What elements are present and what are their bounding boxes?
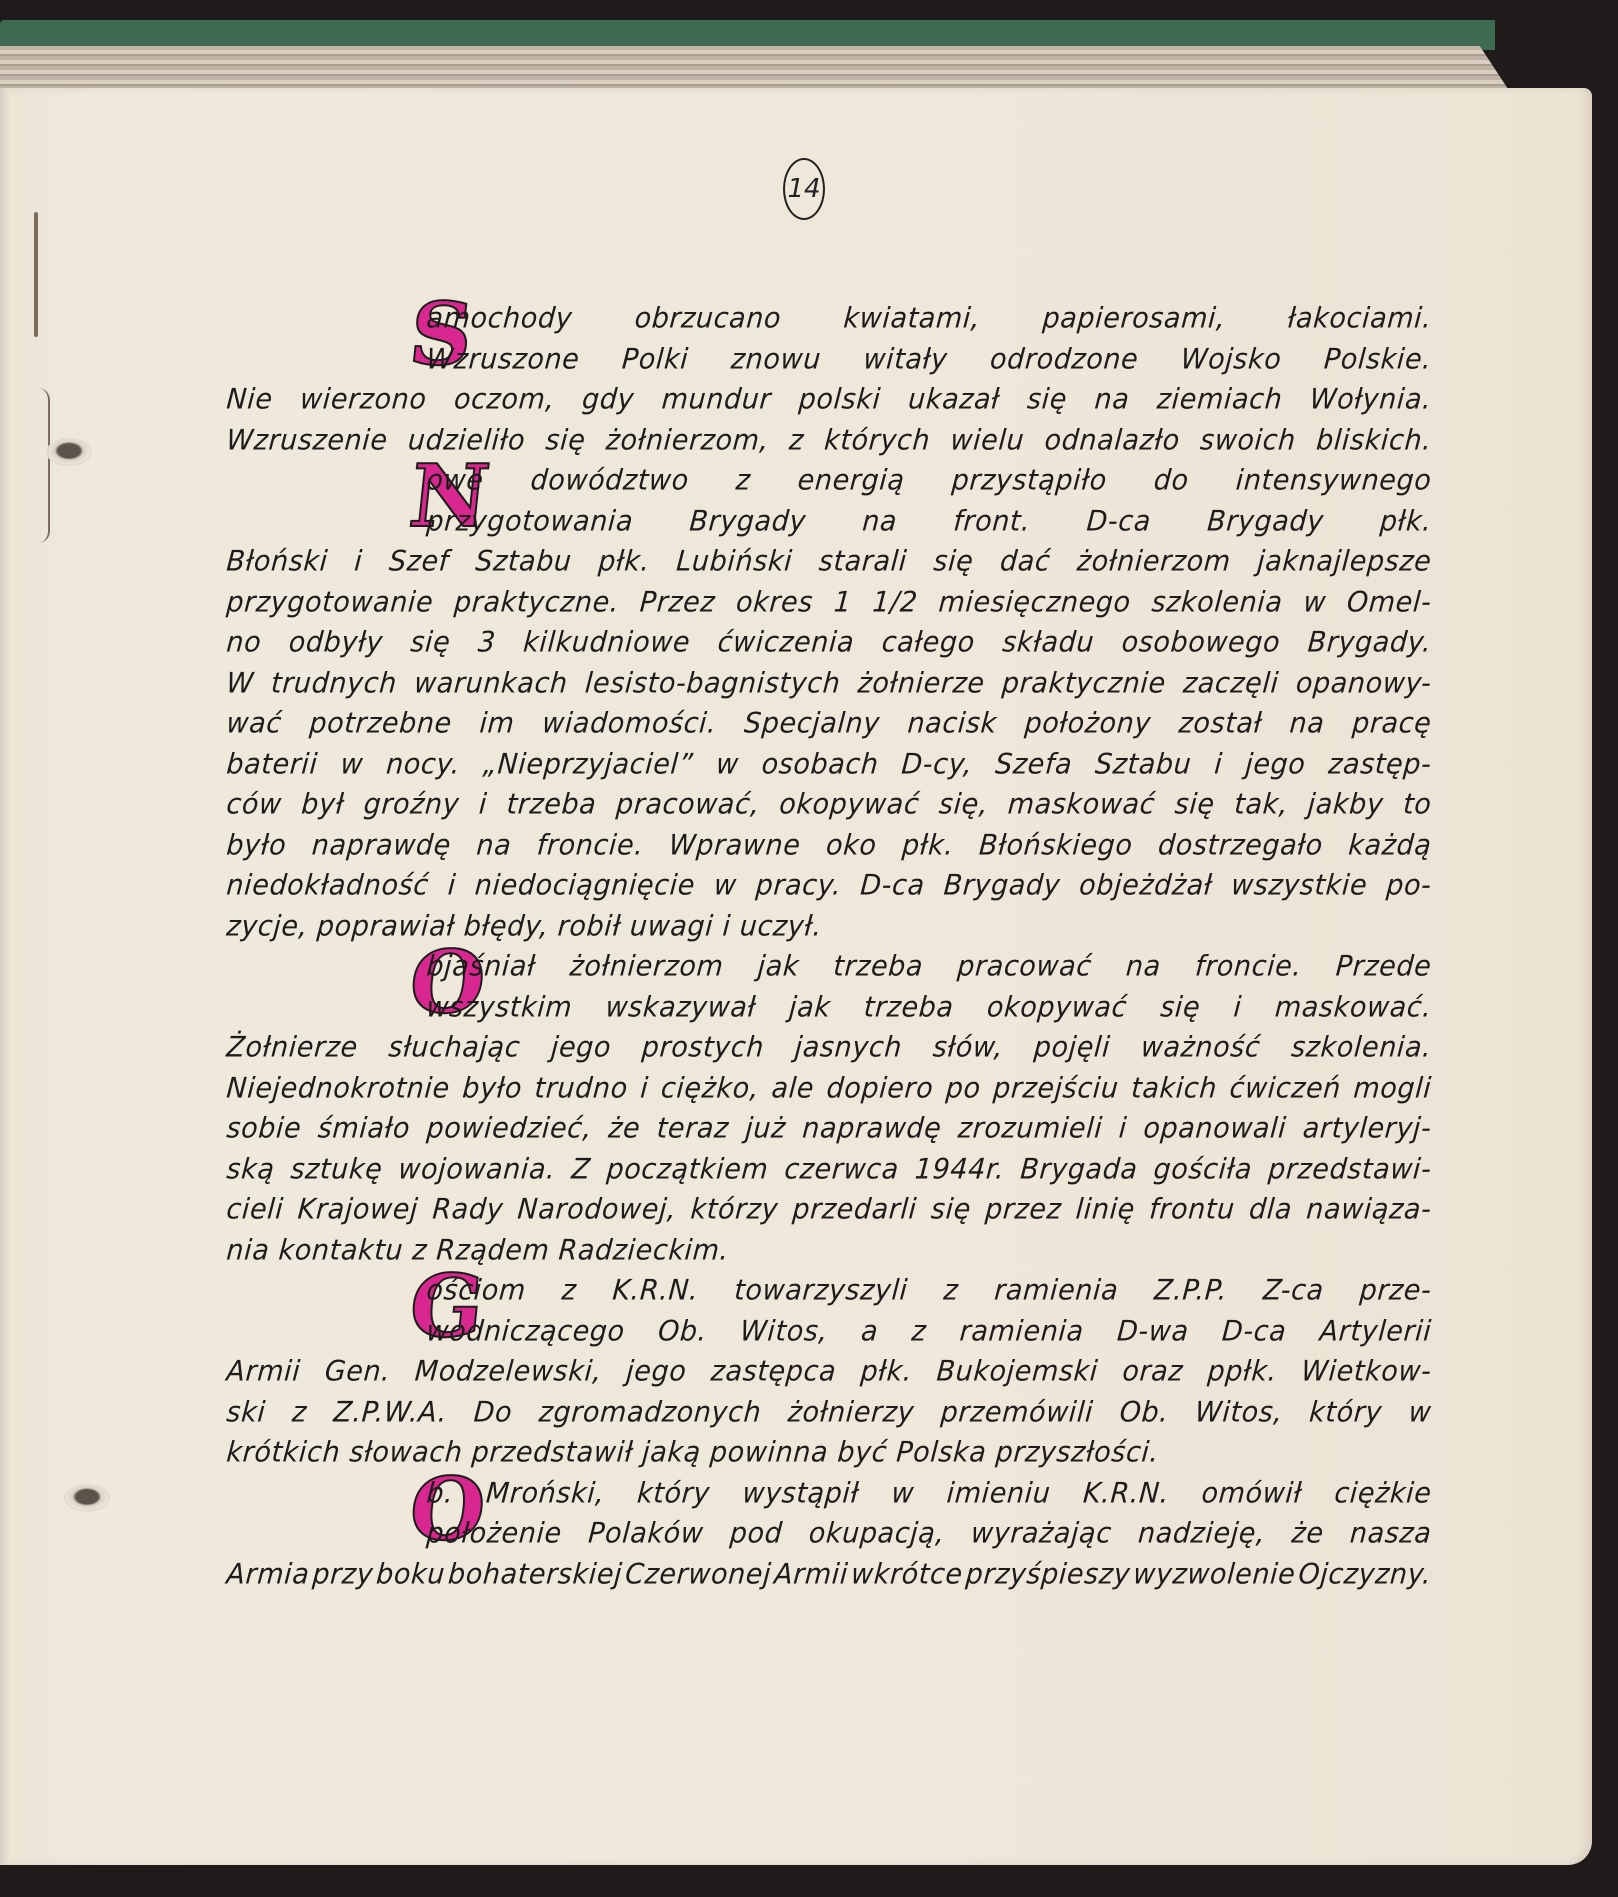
- word: Szefa: [994, 743, 1074, 786]
- word: przedstawi-: [1267, 1148, 1433, 1191]
- word: maskować: [1006, 784, 1156, 827]
- word: jak: [756, 946, 800, 989]
- word: Z.P.W.A.: [332, 1391, 449, 1434]
- word: frontu: [1148, 1189, 1237, 1232]
- word: wszystkim: [425, 986, 574, 1029]
- word: energią: [796, 460, 906, 503]
- word: Armii: [773, 1553, 850, 1596]
- word: Armii: [225, 1351, 302, 1394]
- word: to: [1402, 784, 1433, 827]
- word: prze-: [1358, 1270, 1433, 1313]
- word: b.: [425, 1472, 455, 1515]
- word: żołnierzom,: [604, 419, 770, 462]
- word: Żołnierze: [225, 1027, 359, 1070]
- paragraph: O bjaśniałżołnierzomjaktrzebapracowaćnaf…: [225, 948, 1430, 1272]
- word: szkolenia.: [1290, 1027, 1433, 1070]
- word: takich: [1130, 1067, 1219, 1110]
- word: Wprawne: [668, 824, 802, 867]
- word: których: [823, 419, 932, 462]
- text-line: krótkich słowach przedstawił jaką powinn…: [225, 1432, 1433, 1475]
- word: jak: [788, 986, 832, 1029]
- word: już: [744, 1108, 788, 1151]
- word: lesisto-bagnistych: [583, 662, 841, 705]
- word: ćwiczenia: [716, 622, 856, 665]
- word: linię: [1074, 1189, 1136, 1232]
- word: łakociami.: [1286, 298, 1433, 341]
- text-line: byłonaprawdęnafroncie.Wprawneokopłk.Błoń…: [225, 824, 1433, 867]
- text-line: bjaśniałżołnierzomjaktrzebapracowaćnafro…: [225, 946, 1433, 989]
- word: się: [409, 622, 452, 665]
- word: było: [225, 824, 288, 867]
- word: ciężkie: [1333, 1472, 1433, 1515]
- word: ską: [225, 1148, 276, 1191]
- word: kilkudniowe: [522, 622, 692, 665]
- text-line: b.Mroński,którywystąpiłwimieniuK.R.N.omó…: [225, 1472, 1433, 1515]
- word: dostrzegało: [1157, 824, 1325, 867]
- word: opanowy-: [1294, 662, 1432, 705]
- word: ale: [770, 1067, 815, 1110]
- word: Witos,: [739, 1310, 830, 1353]
- word: miesięcznego: [937, 581, 1132, 624]
- word: Ob.: [657, 1310, 709, 1353]
- text-line: Wzruszenieudzieliłosiężołnierzom,zktóryc…: [225, 419, 1433, 462]
- word: Artylerii: [1318, 1310, 1433, 1353]
- word: Wietkow-: [1300, 1351, 1433, 1394]
- word: znowu: [729, 338, 822, 381]
- text-line: ościomzK.R.N.towarzyszylizramieniaZ.P.P.…: [225, 1270, 1433, 1313]
- word: odnalazło: [1043, 419, 1181, 462]
- word: naprawdę: [801, 1108, 943, 1151]
- word: ciężko,: [659, 1067, 760, 1110]
- word: przystąpiło: [950, 460, 1108, 503]
- text-line: cówbyłgroźnyitrzebapracować,okopywaćsię,…: [225, 784, 1433, 827]
- word: słuchając: [387, 1027, 522, 1070]
- text-line: bateriiwnocy.„Nieprzyjaciel”wosobachD-cy…: [225, 743, 1433, 786]
- word: dopiero: [825, 1067, 935, 1110]
- text-line: cieliKrajowejRadyNarodowej,którzyprzedar…: [225, 1189, 1433, 1232]
- word: D-ca: [1221, 1310, 1288, 1353]
- word: przygotowania: [425, 500, 635, 543]
- paragraph: N owedowództwozenergiąprzystąpiłodointen…: [225, 462, 1430, 948]
- word: Wzruszone: [425, 338, 581, 381]
- word: zaczęli: [1182, 662, 1281, 705]
- word: płk.: [597, 541, 651, 584]
- word: dać: [999, 541, 1052, 584]
- word: K.R.N.: [611, 1270, 700, 1313]
- word: maskować.: [1273, 986, 1433, 1029]
- word: Armia: [225, 1553, 311, 1596]
- word: na: [1288, 703, 1326, 746]
- word: osobach: [760, 743, 880, 786]
- word: potrzebne: [308, 703, 453, 746]
- word: Witos,: [1194, 1391, 1285, 1434]
- word: Niejednokrotnie: [225, 1067, 451, 1110]
- word: położony: [1023, 703, 1152, 746]
- word: w: [715, 743, 741, 786]
- word: warunkach: [413, 662, 569, 705]
- word: ćwiczeń: [1228, 1067, 1342, 1110]
- text-line: Niejednokrotniebyłotrudnoiciężko,aledopi…: [225, 1067, 1433, 1110]
- word: każdą: [1347, 824, 1433, 867]
- word: gościła: [1152, 1148, 1254, 1191]
- word: ramienia: [958, 1310, 1085, 1353]
- word: i: [1232, 986, 1243, 1029]
- word: ościom: [425, 1270, 527, 1313]
- word: Do: [472, 1391, 513, 1434]
- word: i: [353, 541, 364, 584]
- word: i: [477, 784, 488, 827]
- word: omówił: [1200, 1472, 1303, 1515]
- word: Z-ca: [1262, 1270, 1326, 1313]
- text-line: wszystkimwskazywałjaktrzebaokopywaćsięim…: [225, 986, 1433, 1029]
- word: żołnierzy: [786, 1391, 915, 1434]
- word: okupacją,: [807, 1513, 946, 1556]
- word: niedokładność: [225, 865, 430, 908]
- word: a: [860, 1310, 880, 1353]
- handwritten-text-block: S amochodyobrzucanokwiatami,papierosami,…: [225, 300, 1430, 1596]
- text-line: nia kontaktu z Rządem Radzieckim.: [225, 1229, 1433, 1272]
- word: Brygady.: [1306, 622, 1433, 665]
- word: Modzelewski,: [413, 1351, 603, 1394]
- word: Wojsko: [1179, 338, 1283, 381]
- word: żołnierze: [856, 662, 986, 705]
- word: jasnych: [793, 1027, 903, 1070]
- word: obrzucano: [633, 298, 782, 341]
- word: pojęli: [1032, 1027, 1111, 1070]
- word: się: [929, 1189, 972, 1232]
- word: do: [1152, 460, 1190, 503]
- word: z: [291, 1391, 309, 1434]
- word: Rady: [431, 1189, 505, 1232]
- text-line: BłońskiiSzefSztabupłk.Lubińskistaralisię…: [225, 541, 1433, 584]
- word: i: [1117, 1108, 1128, 1151]
- word: Brygady: [942, 865, 1062, 908]
- word: jego: [625, 1351, 688, 1394]
- text-line: ArmiiGen.Modzelewski,jegozastępcapłk.Buk…: [225, 1351, 1433, 1394]
- word: przedarli: [791, 1189, 918, 1232]
- word: no: [225, 622, 263, 665]
- word: pracy.: [754, 865, 843, 908]
- word: składu: [1001, 622, 1096, 665]
- word: Ojczyzny.: [1297, 1553, 1433, 1596]
- word: początkiem: [605, 1148, 770, 1191]
- word: i: [639, 1067, 650, 1110]
- word: baterii: [225, 743, 319, 786]
- word: Czerwonej: [624, 1553, 773, 1596]
- word: D-ca: [1085, 500, 1152, 543]
- punch-hole: [66, 1486, 108, 1510]
- word: Ob.: [1118, 1391, 1170, 1434]
- word: z: [942, 1270, 960, 1313]
- paragraph: S amochodyobrzucanokwiatami,papierosami,…: [225, 300, 1430, 462]
- word: wskazywał: [604, 986, 757, 1029]
- word: Gen.: [323, 1351, 392, 1394]
- punch-hole: [48, 440, 90, 464]
- word: całego: [880, 622, 976, 665]
- word: wyzwolenie: [1132, 1553, 1297, 1596]
- word: na: [1125, 946, 1163, 989]
- word: naprawdę: [310, 824, 452, 867]
- word: z: [788, 419, 806, 462]
- page-number-text: 14: [787, 174, 820, 204]
- word: Sztabu: [1094, 743, 1193, 786]
- word: trudno: [533, 1067, 629, 1110]
- word: nasza: [1348, 1513, 1432, 1556]
- text-line: amochodyobrzucanokwiatami,papierosami,ła…: [225, 298, 1433, 341]
- word: na: [861, 500, 899, 543]
- word: Lubiński: [675, 541, 794, 584]
- word: na: [1093, 379, 1131, 422]
- word: boku: [375, 1553, 447, 1596]
- word: groźny: [362, 784, 461, 827]
- word: wkrótce: [850, 1553, 965, 1596]
- word: z: [910, 1310, 928, 1353]
- word: swoich: [1199, 419, 1298, 462]
- word: amochody: [425, 298, 574, 341]
- word: był: [300, 784, 346, 827]
- word: Wzruszenie: [225, 419, 389, 462]
- word: na: [475, 824, 513, 867]
- word: dla: [1248, 1189, 1294, 1232]
- word: bliskich.: [1315, 419, 1433, 462]
- word: płk.: [1378, 500, 1432, 543]
- text-line: zycje, poprawiał błędy, robił uwagi i uc…: [225, 905, 1433, 948]
- word: okopywać: [778, 784, 921, 827]
- word: żołnierzom: [568, 946, 725, 989]
- word: się: [1159, 986, 1202, 1029]
- text-line: Wtrudnychwarunkachlesisto-bagnistychżołn…: [225, 662, 1433, 705]
- word: się: [1026, 379, 1069, 422]
- word: kwiatami,: [842, 298, 982, 341]
- word: się: [1173, 784, 1216, 827]
- word: 1/2: [871, 581, 919, 624]
- word: Mroński,: [484, 1472, 606, 1515]
- word: i: [1213, 743, 1224, 786]
- word: okopywać: [985, 986, 1128, 1029]
- page-stack-edge: [0, 46, 1510, 92]
- page-binding-edge: [0, 88, 10, 1865]
- word: starali: [817, 541, 908, 584]
- word: imieniu: [945, 1472, 1052, 1515]
- word: było: [461, 1067, 524, 1110]
- word: ców: [225, 784, 283, 827]
- text-line: noodbyłysię3kilkudniowećwiczeniacałegosk…: [225, 622, 1433, 665]
- word: ramienia: [993, 1270, 1120, 1313]
- text-line: sobieśmiałopowiedzieć,żeterazjużnaprawdę…: [225, 1108, 1433, 1151]
- text-line: skąsztukęwojowania.Zpoczątkiemczerwca194…: [225, 1148, 1433, 1191]
- word: Brygada: [1019, 1148, 1139, 1191]
- word: jego: [549, 1027, 612, 1070]
- word: dowództwo: [529, 460, 690, 503]
- word: praktyczne.: [453, 581, 621, 624]
- word: mundur: [660, 379, 772, 422]
- word: D-cy,: [900, 743, 974, 786]
- word: Polaków: [587, 1513, 705, 1556]
- text-line: niedokładnośćiniedociągnięciewpracy.D-ca…: [225, 865, 1433, 908]
- word: którzy: [689, 1189, 780, 1232]
- word: 3: [476, 622, 497, 665]
- word: owe: [425, 460, 485, 503]
- word: płk.: [859, 1351, 913, 1394]
- word: froncie.: [1194, 946, 1304, 989]
- word: przejściu: [992, 1067, 1120, 1110]
- word: objeżdżał: [1078, 865, 1214, 908]
- word: Bukojemski: [935, 1351, 1099, 1394]
- word: wojowania.: [397, 1148, 557, 1191]
- word: że: [607, 1108, 642, 1151]
- word: który: [1308, 1391, 1384, 1434]
- word: przyśpieszy: [964, 1553, 1132, 1596]
- word: żołnierzom: [1075, 541, 1232, 584]
- word: bohaterskiej: [447, 1553, 624, 1596]
- word: po-: [1385, 865, 1433, 908]
- word: K.R.N.: [1082, 1472, 1171, 1515]
- word: cieli: [225, 1189, 285, 1232]
- word: który: [636, 1472, 712, 1515]
- text-line: Żołnierzesłuchającjegoprostychjasnychsłó…: [225, 1027, 1433, 1070]
- word: ukazał: [907, 379, 1001, 422]
- word: papierosami,: [1041, 298, 1227, 341]
- word: Błońskiego: [978, 824, 1134, 867]
- word: nawiąza-: [1305, 1189, 1433, 1232]
- word: szkolenia: [1150, 581, 1284, 624]
- word: Przez: [638, 581, 716, 624]
- word: towarzyszyli: [733, 1270, 909, 1313]
- word: Sztabu: [474, 541, 573, 584]
- word: 1944r.: [913, 1148, 1006, 1191]
- word: W: [225, 662, 255, 705]
- text-line: Niewierzonooczom,gdymundurpolskiukazałsi…: [225, 379, 1433, 422]
- word: Krajowej: [296, 1189, 419, 1232]
- text-line: przygotowaniepraktyczne.Przezokres11/2mi…: [225, 581, 1433, 624]
- word: Brygady: [1206, 500, 1326, 543]
- word: przez: [984, 1189, 1063, 1232]
- word: gdy: [581, 379, 636, 422]
- word: trudnych: [270, 662, 399, 705]
- text-line: skizZ.P.W.A.Dozgromadzonychżołnierzyprze…: [225, 1391, 1433, 1434]
- word: Wołynia.: [1308, 379, 1432, 422]
- word: ski: [225, 1391, 267, 1434]
- word: ppłk.: [1206, 1351, 1278, 1394]
- word: Polskie.: [1322, 338, 1432, 381]
- word: Polki: [621, 338, 690, 381]
- word: trzeba: [832, 946, 925, 989]
- word: przemówili: [939, 1391, 1094, 1434]
- word: trzeba: [862, 986, 955, 1029]
- word: okres: [735, 581, 815, 624]
- word: wielu: [949, 419, 1026, 462]
- word: bjaśniał: [425, 946, 537, 989]
- word: osobowego: [1120, 622, 1281, 665]
- word: oczom,: [453, 379, 557, 422]
- word: jaknajlepsze: [1256, 541, 1433, 584]
- word: Z: [570, 1148, 592, 1191]
- word: opanowali: [1142, 1108, 1288, 1151]
- word: teraz: [655, 1108, 730, 1151]
- word: tak,: [1233, 784, 1290, 827]
- word: jego: [1244, 743, 1307, 786]
- word: front.: [952, 500, 1032, 543]
- paragraph: O b.Mroński,którywystąpiłwimieniuK.R.N.o…: [225, 1475, 1430, 1597]
- word: Szef: [388, 541, 451, 584]
- word: zrozumieli: [956, 1108, 1103, 1151]
- word: polski: [797, 379, 882, 422]
- word: D-wa: [1116, 1310, 1191, 1353]
- word: po: [944, 1067, 982, 1110]
- binding-stitch-mark: [38, 388, 50, 543]
- word: wyrażając: [970, 1513, 1114, 1556]
- word: wiadomości.: [541, 703, 718, 746]
- word: D-ca: [859, 865, 926, 908]
- word: sztukę: [289, 1148, 384, 1191]
- word: się: [544, 419, 587, 462]
- word: został: [1177, 703, 1263, 746]
- paragraph: G ościomzK.R.N.towarzyszylizramieniaZ.P.…: [225, 1272, 1430, 1475]
- word: odbyły: [287, 622, 384, 665]
- word: nocy.: [385, 743, 462, 786]
- word: sobie: [225, 1108, 303, 1151]
- word: słów,: [931, 1027, 1004, 1070]
- word: Specjalny: [743, 703, 882, 746]
- word: przy: [311, 1553, 375, 1596]
- word: wszystkie: [1230, 865, 1369, 908]
- book-cover-edge: [0, 20, 1495, 50]
- text-line: WzruszonePolkiznowuwitałyodrodzoneWojsko…: [225, 338, 1433, 381]
- word: im: [478, 703, 516, 746]
- word: Błoński: [225, 541, 329, 584]
- word: Przede: [1334, 946, 1433, 989]
- word: pod: [728, 1513, 784, 1556]
- word: jakby: [1306, 784, 1385, 827]
- word: Nie: [225, 379, 274, 422]
- word: czerwca: [783, 1148, 900, 1191]
- word: wodniczącego: [425, 1310, 626, 1353]
- word: oraz: [1121, 1351, 1185, 1394]
- word: pracować,: [615, 784, 762, 827]
- text-line: wodniczącegoOb.Witos,azramieniaD-waD-caA…: [225, 1310, 1433, 1353]
- word: Brygady: [688, 500, 808, 543]
- word: z: [734, 460, 752, 503]
- word: w: [712, 865, 738, 908]
- word: 1: [832, 581, 853, 624]
- word: pracę: [1351, 703, 1433, 746]
- word: w: [890, 1472, 916, 1515]
- word: „Nieprzyjaciel”: [482, 743, 695, 786]
- word: nacisk: [906, 703, 998, 746]
- word: praktycznie: [1000, 662, 1167, 705]
- word: wać: [225, 703, 283, 746]
- word: zastępca: [709, 1351, 837, 1394]
- word: płk.: [901, 824, 955, 867]
- word: pracować: [956, 946, 1093, 989]
- word: mogli: [1352, 1067, 1433, 1110]
- word: niedociągnięcie: [473, 865, 696, 908]
- word: w: [1302, 581, 1328, 624]
- word: że: [1290, 1513, 1325, 1556]
- word: się,: [937, 784, 989, 827]
- word: odrodzone: [989, 338, 1140, 381]
- word: przygotowanie: [225, 581, 435, 624]
- binding-stitch-mark: [34, 212, 38, 337]
- word: zastęp-: [1327, 743, 1433, 786]
- page-number: 14: [783, 158, 825, 220]
- word: śmiało: [316, 1108, 411, 1151]
- word: artyleryj-: [1301, 1108, 1433, 1151]
- word: w: [339, 743, 365, 786]
- word: intensywnego: [1234, 460, 1433, 503]
- word: z: [560, 1270, 578, 1313]
- word: w: [1407, 1391, 1433, 1434]
